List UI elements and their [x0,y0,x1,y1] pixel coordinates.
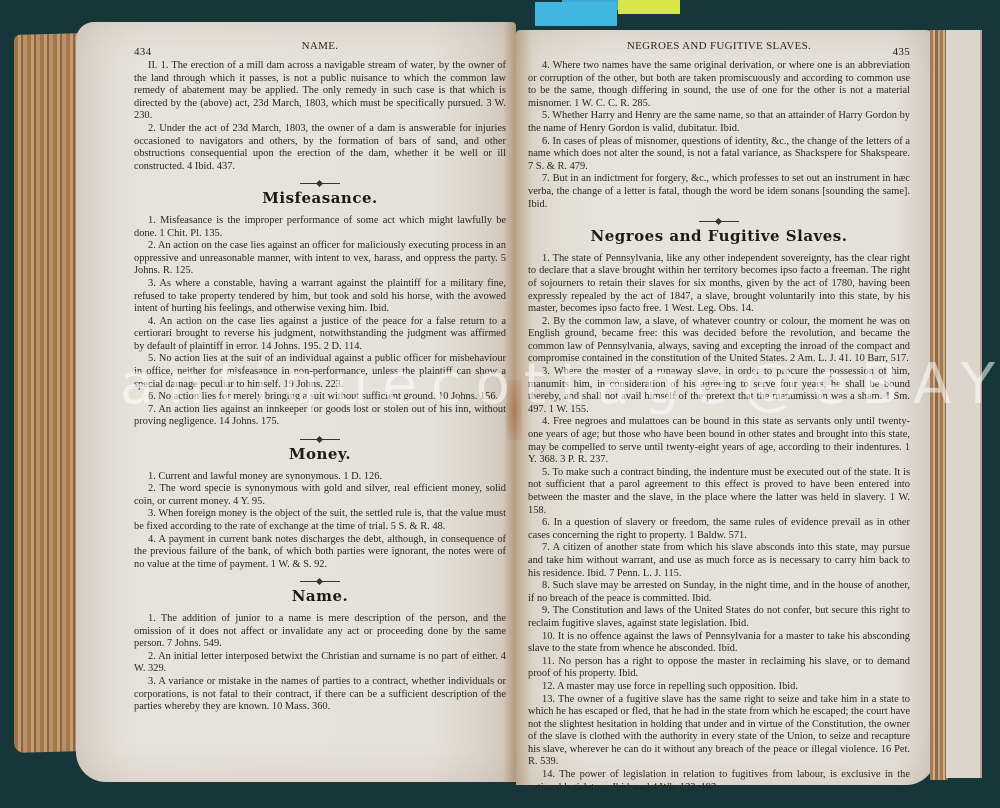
paragraph: 1. The addition of junior to a name is m… [134,613,506,651]
left-page-content: 434 NAME. II. 1. The erection of a mill … [134,40,506,714]
paragraph: 1. The state of Pennsylvania, like any o… [528,253,910,316]
paragraph: 7. An action lies against an innkeeper f… [134,404,506,429]
paragraph: 8. Such slave may be arrested on Sunday,… [528,580,910,605]
paragraph: 5. Whether Harry and Henry are the same … [528,110,910,135]
running-head-title: NEGROES AND FUGITIVE SLAVES. [528,40,910,53]
paragraph: 12. A master may use force in repelling … [528,681,910,694]
running-head-title: NAME. [134,40,506,53]
right-page: 435 NEGROES AND FUGITIVE SLAVES. 4. Wher… [516,30,936,785]
paragraph: 9. The Constitution and laws of the Unit… [528,605,910,630]
paragraph: 5. To make such a contract binding, the … [528,467,910,517]
paragraph: 13. The owner of a fugitive slave has th… [528,694,910,770]
paragraph: 14. The power of legislation in relation… [528,769,910,794]
section-title-name: Name. [134,590,506,603]
paragraph: 5. No action lies at the suit of an indi… [134,353,506,391]
page-number: 435 [893,46,910,59]
paragraph: 7. A citizen of another state from which… [528,542,910,580]
section-title-misfeasance: Misfeasance. [134,192,506,205]
paragraph: 1. Misfeasance is the improper performan… [134,215,506,240]
yellow-sticky-note [618,0,680,14]
ornamental-rule [300,183,340,184]
right-page-content: 435 NEGROES AND FUGITIVE SLAVES. 4. Wher… [528,40,910,794]
paragraph: 1. Current and lawful money are synonymo… [134,471,506,484]
paragraph: 2. By the common law, a slave, of whatev… [528,316,910,366]
paragraph: 3. A variance or mistake in the names of… [134,676,506,714]
paragraph: 3. As where a constable, having a warran… [134,278,506,316]
paragraph: 3. Where the master of a runaway slave, … [528,366,910,416]
paragraph: 4. Free negroes and mulattoes can be bou… [528,416,910,466]
blue-sticky-note [535,2,617,26]
paragraph: 11. No person has a right to oppose the … [528,656,910,681]
paragraph: 4. Where two names have the same origina… [528,60,910,110]
paragraph: II. 1. The erection of a mill dam across… [134,60,506,123]
paragraph: 10. It is no offence against the laws of… [528,631,910,656]
paragraph: 6. In cases of pleas of misnomer, questi… [528,136,910,174]
ornamental-rule [300,439,340,440]
running-head: 434 NAME. [134,40,506,60]
paragraph: 6. In a question of slavery or freedom, … [528,517,910,542]
ornamental-rule [300,581,340,582]
paragraph: 7. But in an indictment for forgery, &c.… [528,173,910,211]
endpaper [946,30,982,778]
paragraph: 6. No action lies for merely bringing a … [134,391,506,404]
paragraph: 2. Under the act of 23d March, 1803, the… [134,123,506,173]
foxing-stain [506,380,522,440]
paragraph: 3. When foreign money is the object of t… [134,508,506,533]
section-title-negroes-fugitive-slaves: Negroes and Fugitive Slaves. [528,230,910,243]
left-page: 434 NAME. II. 1. The erection of a mill … [76,22,516,782]
page-number: 434 [134,46,151,59]
paragraph: 2. An action on the case lies against an… [134,240,506,278]
ornamental-rule [699,221,739,222]
paragraph: 4. An action on the case lies against a … [134,316,506,354]
paragraph: 2. The word specie is synonymous with go… [134,483,506,508]
paragraph: 4. A payment in current bank notes disch… [134,534,506,572]
paragraph: 2. An initial letter interposed betwixt … [134,651,506,676]
running-head: 435 NEGROES AND FUGITIVE SLAVES. [528,40,910,60]
section-title-money: Money. [134,448,506,461]
